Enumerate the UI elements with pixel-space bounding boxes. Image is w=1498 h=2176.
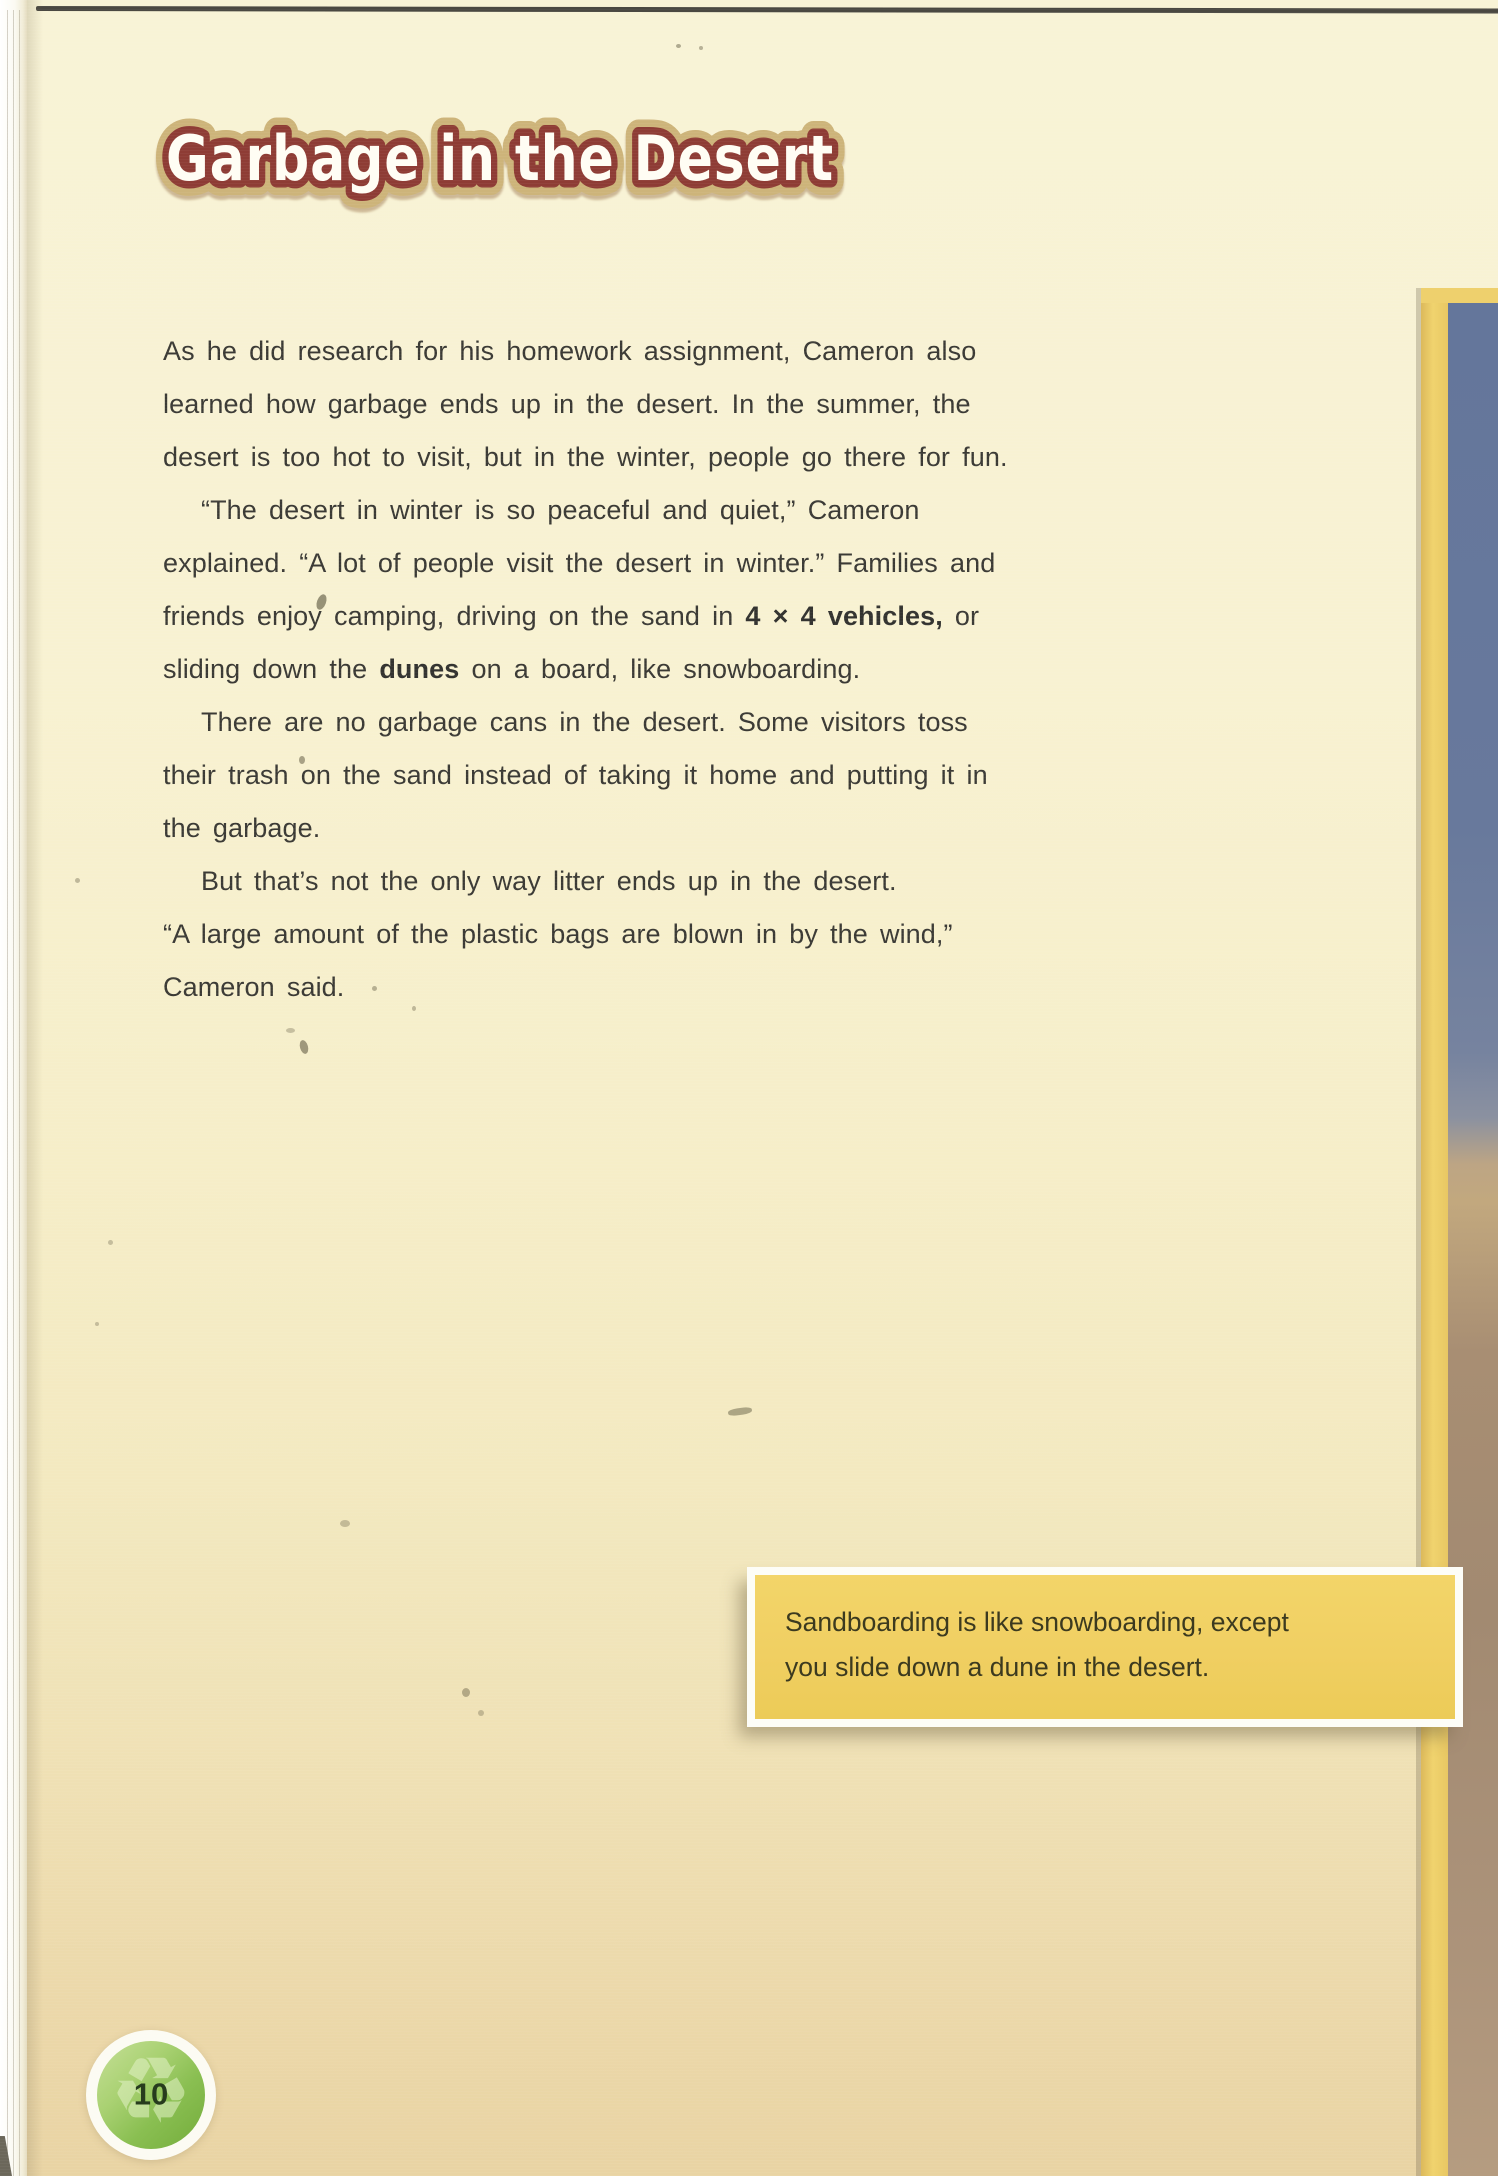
desert-photo-image xyxy=(1448,303,1498,2176)
article-line: Cameron said. xyxy=(163,961,1023,1014)
page-number-badge: ♻ 10 xyxy=(86,2030,216,2160)
scan-speck xyxy=(412,1006,416,1011)
scan-speck xyxy=(478,1710,484,1716)
scan-speck xyxy=(75,878,80,883)
scan-speck xyxy=(299,756,305,764)
page-edge-line xyxy=(13,10,14,2176)
caption-line: you slide down a dune in the desert. xyxy=(785,1645,1455,1690)
scan-speck xyxy=(676,44,681,48)
vocab-term: dunes xyxy=(379,654,459,684)
article-run: sliding down the xyxy=(163,654,379,684)
scan-speck xyxy=(95,1322,99,1326)
article-line: learned how garbage ends up in the deser… xyxy=(163,378,1023,431)
recycle-badge-circle: ♻ 10 xyxy=(97,2041,205,2149)
page-edge-line xyxy=(19,10,20,2176)
article-run: or xyxy=(943,601,979,631)
article-line: But that’s not the only way litter ends … xyxy=(163,855,1023,908)
scan-left-page-stack xyxy=(0,0,27,2176)
page-title: Garbage in the Desert Garbage in the Des… xyxy=(150,100,850,215)
caption-line: Sandboarding is like snowboarding, excep… xyxy=(785,1600,1455,1645)
caption-text: Sandboarding is like snowboarding, excep… xyxy=(755,1575,1455,1690)
article-line: As he did research for his homework assi… xyxy=(163,325,1023,378)
desert-photo-partial xyxy=(1421,288,1498,2176)
scan-speck xyxy=(340,1520,350,1527)
photo-frame-border xyxy=(1421,288,1448,2176)
article-line: explained. “A lot of people visit the de… xyxy=(163,537,1023,590)
scan-speck xyxy=(108,1240,113,1245)
article-line: “A large amount of the plastic bags are … xyxy=(163,908,1023,961)
article-line: friends enjoy camping, driving on the sa… xyxy=(163,590,1023,643)
article-line: the garbage. xyxy=(163,802,1023,855)
article-line: their trash on the sand instead of takin… xyxy=(163,749,1023,802)
title-text: Garbage in the Desert xyxy=(166,122,834,195)
article-line: There are no garbage cans in the desert.… xyxy=(163,696,1023,749)
article-run: on a board, like snowboarding. xyxy=(459,654,860,684)
vocab-term: 4 × 4 vehicles, xyxy=(745,601,942,631)
scan-speck xyxy=(699,46,703,50)
page-number: 10 xyxy=(97,2076,205,2112)
scanned-book-page: Garbage in the Desert Garbage in the Des… xyxy=(0,0,1498,2176)
article-run: friends enjoy camping, driving on the sa… xyxy=(163,601,745,631)
article-line: “The desert in winter is so peaceful and… xyxy=(163,484,1023,537)
scan-speck xyxy=(372,986,377,991)
page-crease-shadow xyxy=(27,0,43,2176)
scan-speck xyxy=(286,1028,295,1033)
article-line: sliding down the dunes on a board, like … xyxy=(163,643,1023,696)
scan-speck xyxy=(462,1688,470,1697)
photo-frame-border-top xyxy=(1421,288,1498,303)
photo-caption-box: Sandboarding is like snowboarding, excep… xyxy=(747,1567,1463,1727)
article-line: desert is too hot to visit, but in the w… xyxy=(163,431,1023,484)
page-edge-line xyxy=(7,10,8,2176)
article-text: As he did research for his homework assi… xyxy=(163,325,1023,1014)
